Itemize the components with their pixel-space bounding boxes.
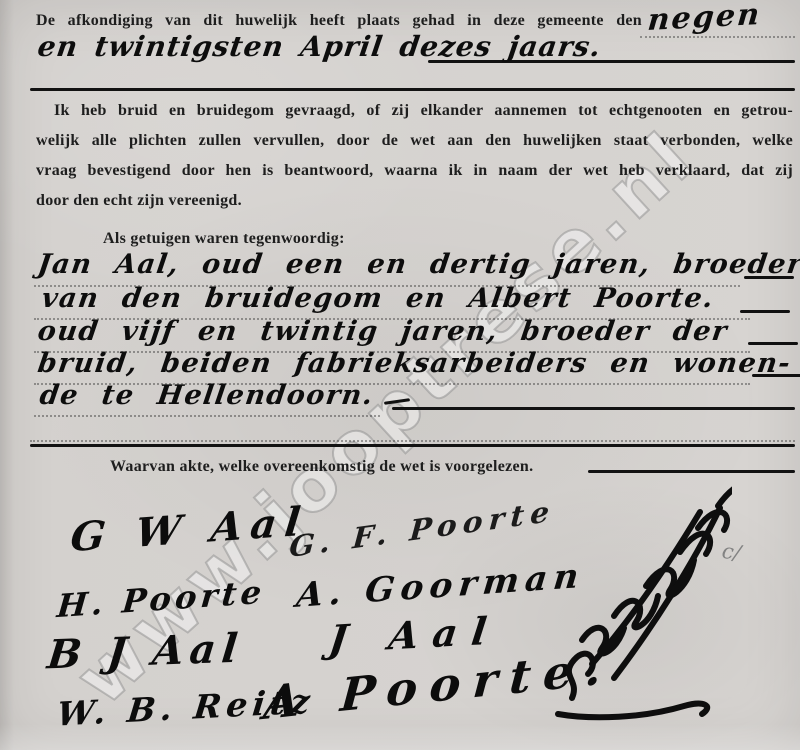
section-rule xyxy=(30,88,795,91)
official-illegible-signature xyxy=(552,466,732,728)
witnesses-intro: Als getuigen waren tegenwoordig: xyxy=(103,230,345,248)
closing-statement: Waarvan akte, welke overeenkomstig de we… xyxy=(110,458,533,476)
pencil-annotation: c/ xyxy=(720,539,742,565)
pen-dash xyxy=(748,342,798,345)
witness-line-5: de te Hellendoorn. xyxy=(38,380,376,411)
handwritten-date-line: en twintigsten April dezes jaars. xyxy=(36,30,604,63)
dotted-rule xyxy=(30,440,795,442)
witness-line-2: van den bruidegom en Albert Poorte. xyxy=(40,283,717,314)
signature-g-w-aal: G W Aal xyxy=(68,498,310,561)
declaration-line-4: door den echt zijn vereenigd. xyxy=(36,192,793,222)
declaration-line-3: vraag bevestigend door hen is beantwoord… xyxy=(36,162,793,192)
section-rule xyxy=(30,444,795,447)
declaration-paragraph: Ik heb bruid en bruidegom gevraagd, of z… xyxy=(36,102,793,222)
witness-line-1: Jan Aal, oud een en dertig jaren, broede… xyxy=(36,249,800,280)
pen-dash xyxy=(752,374,800,377)
declaration-line-2: welijk alle plichten zullen vervullen, d… xyxy=(36,132,793,162)
declaration-line-1: Ik heb bruid en bruidegom gevraagd, of z… xyxy=(36,102,793,132)
signature-a-goorman: A. Goorman xyxy=(294,556,586,616)
witness-line-3: oud vijf en twintig jaren, broeder der xyxy=(36,316,730,347)
pen-dash xyxy=(744,276,794,279)
pen-tick xyxy=(384,398,410,405)
signature-g-f-poorte: G. F. Poorte xyxy=(288,494,556,564)
dotted-baseline xyxy=(34,415,380,417)
pen-dash xyxy=(740,310,790,313)
marriage-record-scan: www.jooptrese.nl De afkondiging van dit … xyxy=(0,0,800,750)
proclamation-printed-text: De afkondiging van dit huwelijk heeft pl… xyxy=(36,12,642,30)
signature-h-poorte: H. Poorte xyxy=(55,573,267,625)
signature-b-j-aal: B J Aal xyxy=(45,625,246,679)
witness-line-4: bruid, beiden fabrieksarbeiders en wonen… xyxy=(36,348,794,379)
pen-fill-line xyxy=(392,407,795,410)
handwritten-day-word: negen xyxy=(646,0,763,38)
